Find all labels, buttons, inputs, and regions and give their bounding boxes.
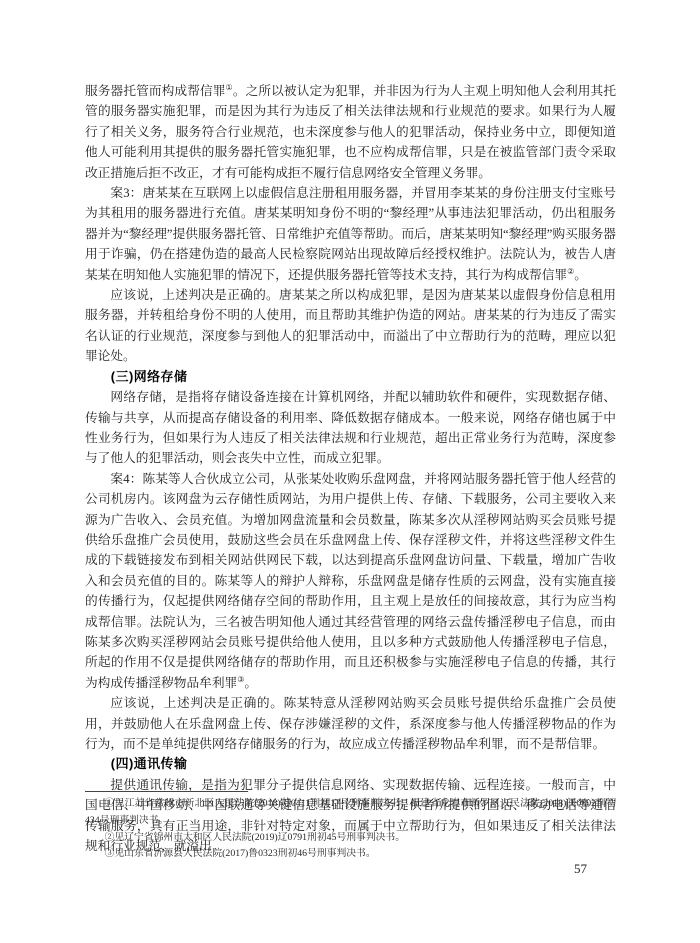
footnote-ref-1: ① xyxy=(226,83,233,92)
paragraph-case-3: 案3：唐某某在互联网上以虚假信息注册租用服务器，并冒用李某某的身份注册支付宝账号… xyxy=(85,183,616,285)
body-text: 服务器托管而构成帮信罪①。之所以被认定为犯罪，并非因为行为人主观上明知他人会利用… xyxy=(85,81,616,856)
paragraph-case-3-comment: 应该说，上述判决是正确的。唐某某之所以构成犯罪，是因为唐某某以虚假身份信息租用服… xyxy=(85,285,616,367)
paragraph-text: 。 xyxy=(244,676,257,690)
footnote-separator xyxy=(85,791,248,792)
paragraph-case-4-comment: 应该说，上述判决是正确的。陈某特意从淫秽网站购买会员账号提供给乐盘推广会员使用，… xyxy=(85,693,616,754)
paragraph-text: 案3：唐某某在互联网上以虚假信息注册租用服务器，并冒用李某某的身份注册支付宝账号… xyxy=(85,186,616,282)
paragraph-text: 应该说，上述判决是正确的。陈某特意从淫秽网站购买会员账号提供给乐盘推广会员使用，… xyxy=(85,696,616,751)
document-page: 服务器托管而构成帮信罪①。之所以被认定为犯罪，并非因为行为人主观上明知他人会利用… xyxy=(0,0,700,943)
footnote-3: ③见山东省沂源县人民法院(2017)鲁0323刑初46号刑事判决书。 xyxy=(85,846,616,863)
footnote-2: ②见辽宁省锦州市太和区人民法院(2019)辽0791刑初45号刑事判决书。 xyxy=(85,830,616,847)
paragraph-network-storage-definition: 网络存储，是指将存储设备连接在计算机网络，并配以辅助软件和硬件，实现数据存储、传… xyxy=(85,387,616,469)
page-number: 57 xyxy=(574,861,587,876)
paragraph-case-4: 案4：陈某等人合伙成立公司，从张某处收购乐盘网盘，并将网站服务器托管于他人经营的… xyxy=(85,469,616,693)
footnotes-section: ①见江苏省常州市新北区人民法院(2018)苏0411刑初17号刑事判决书；福建省… xyxy=(85,791,616,863)
section-heading-communication-transmission: (四)通讯传输 xyxy=(85,754,616,774)
paragraph-text: 应该说，上述判决是正确的。唐某某之所以构成犯罪，是因为唐某某以虚假身份信息租用服… xyxy=(85,288,616,363)
paragraph-continuation: 服务器托管而构成帮信罪①。之所以被认定为犯罪，并非因为行为人主观上明知他人会利用… xyxy=(85,81,616,183)
paragraph-text: 服务器托管而构成帮信罪 xyxy=(85,84,226,98)
paragraph-text: 案4：陈某等人合伙成立公司，从张某处收购乐盘网盘，并将网站服务器托管于他人经营的… xyxy=(85,472,616,690)
paragraph-text: 。 xyxy=(574,268,587,282)
paragraph-text: 网络存储，是指将存储设备连接在计算机网络，并配以辅助软件和硬件，实现数据存储、传… xyxy=(85,390,616,465)
section-heading-network-storage: (三)网络存储 xyxy=(85,367,616,387)
paragraph-text: 。之所以被认定为犯罪，并非因为行为人主观上明知他人会利用其托管的服务器实施犯罪，… xyxy=(85,84,616,180)
footnote-1: ①见江苏省常州市新北区人民法院(2018)苏0411刑初17号刑事判决书；福建省… xyxy=(85,796,616,830)
